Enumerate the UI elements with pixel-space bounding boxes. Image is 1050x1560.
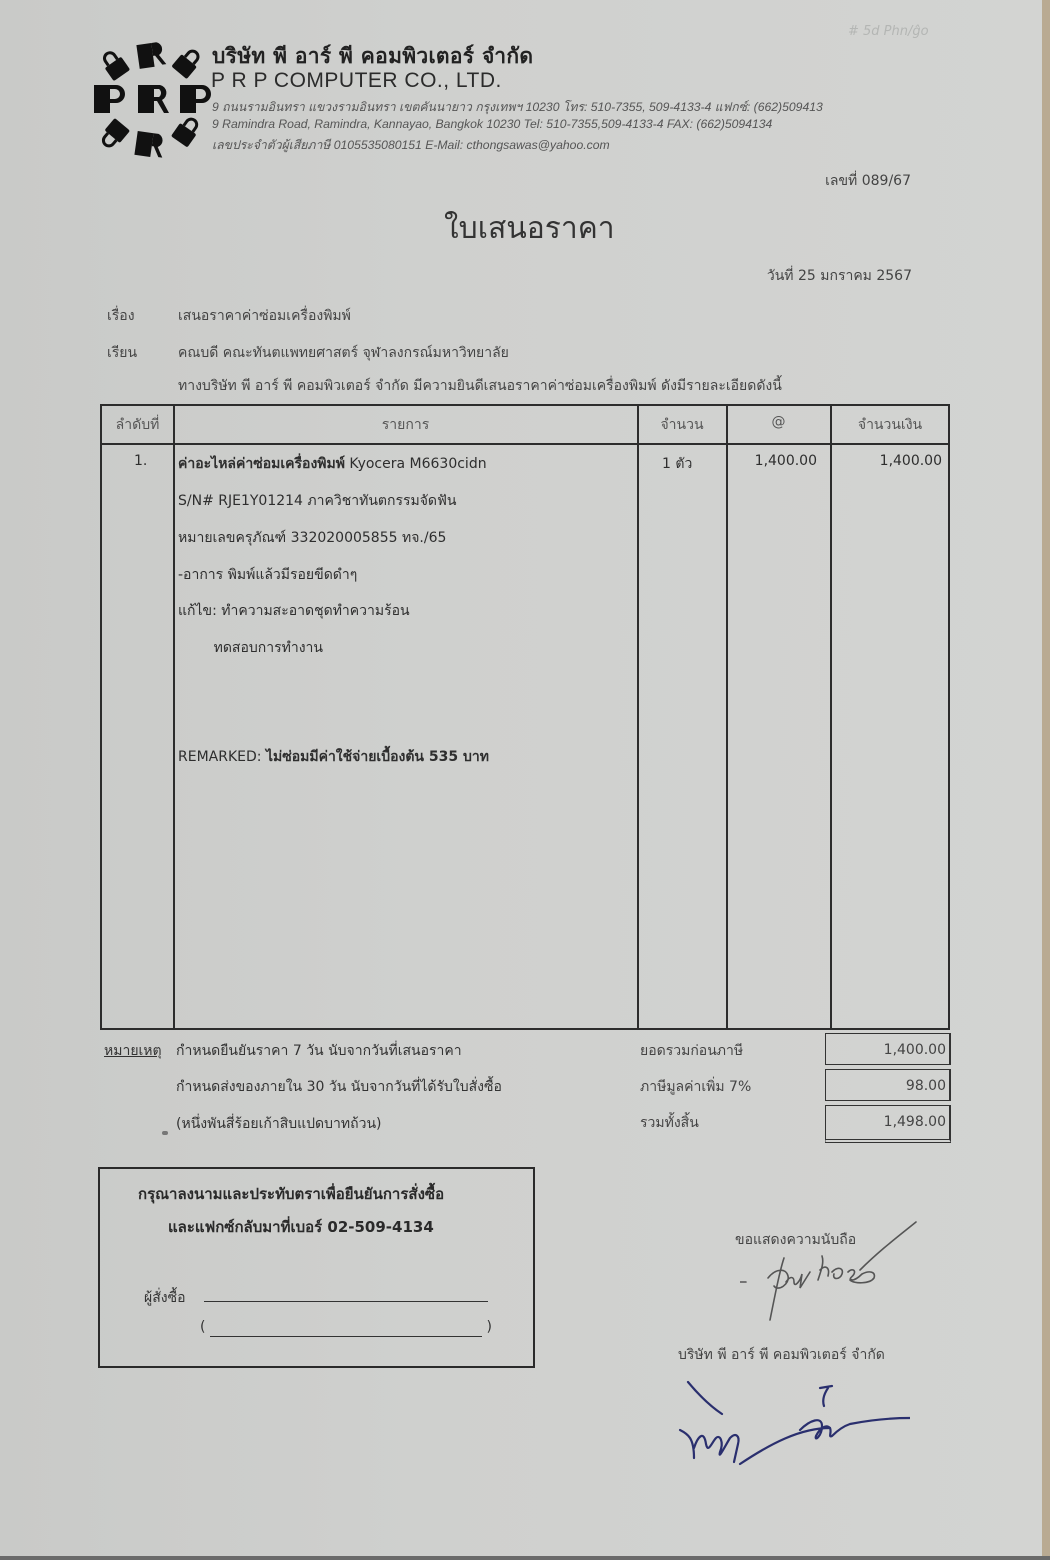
buyer-name-line[interactable]: ( ): [200, 1319, 492, 1337]
order-confirmation-box: กรุณาลงนามและประทับตราเพื่อยืนยันการสั่ง…: [98, 1167, 535, 1368]
row-number: 1.: [134, 453, 147, 469]
signature-company-name: บริษัท พี อาร์ พี คอมพิวเตอร์ จำกัด: [678, 1344, 885, 1366]
header-amount: จำนวนเงิน: [831, 414, 949, 436]
row-item-model: Kyocera M6630cidn: [345, 456, 487, 472]
pen-mark: [162, 1131, 168, 1135]
note-line: กำหนดส่งของภายใน 30 วัน นับจากวันที่ได้ร…: [176, 1076, 502, 1098]
prp-logo-icon: [92, 40, 216, 158]
amount-in-words: (หนึ่งพันสี่ร้อยเก้าสิบแปดบาทถ้วน): [176, 1113, 381, 1135]
total-label: รวมทั้งสิ้น: [640, 1112, 699, 1134]
row-remark: REMARKED: ไม่ซ่อมมีค่าใช้จ่ายเบื้องต้น 5…: [178, 746, 489, 768]
header-item: รายการ: [174, 414, 637, 436]
document-title: ใบเสนอราคา: [444, 205, 615, 252]
row-qty: 1 ตัว: [662, 453, 692, 475]
company-tax-email: เลขประจำตัวผู้เสียภาษี 0105535080151 E-M…: [212, 136, 610, 155]
subtotal-label: ยอดรวมก่อนภาษี: [640, 1040, 743, 1062]
buyer-label: ผู้สั่งซื้อ: [144, 1287, 186, 1309]
header-qty: จำนวน: [638, 414, 726, 436]
note-line: กำหนดยืนยันราคา 7 วัน นับจากวันที่เสนอรา…: [176, 1040, 462, 1062]
header-no: ลำดับที่: [102, 414, 173, 436]
vat-value: 98.00: [825, 1069, 951, 1101]
company-signature-icon: [740, 1220, 940, 1330]
faint-handwriting: # 5d Phn/ĝo: [848, 24, 929, 39]
row-detail: ทดสอบการทำงาน: [178, 637, 323, 659]
row-item-title: ค่าอะไหล่ค่าซ่อมเครื่องพิมพ์ Kyocera M66…: [178, 453, 487, 475]
buyer-signature-line[interactable]: [204, 1301, 488, 1302]
vat-label: ภาษีมูลค่าเพิ่ม 7%: [640, 1076, 751, 1098]
total-value: 1,498.00: [825, 1105, 951, 1143]
document-date: วันที่ 25 มกราคม 2567: [767, 265, 912, 287]
row-item-bold: ค่าอะไหล่ค่าซ่อมเครื่องพิมพ์: [178, 456, 345, 472]
recipient-label: เรียน: [107, 342, 137, 364]
row-unit-price: 1,400.00: [755, 453, 817, 469]
subtotal-value: 1,400.00: [825, 1033, 951, 1065]
remark-label: REMARKED:: [178, 749, 266, 765]
row-amount: 1,400.00: [880, 453, 942, 469]
bottom-edge: [0, 1556, 1050, 1560]
quotation-table: ลำดับที่ รายการ จำนวน @ จำนวนเงิน 1. ค่า…: [100, 404, 950, 1030]
recipient-value: คณบดี คณะทันตแพทยศาสตร์ จุฬาลงกรณ์มหาวิท…: [178, 342, 509, 364]
header-unit-price: @: [727, 414, 830, 430]
row-detail: แก้ไข: ทำความสะอาดชุดทำความร้อน: [178, 600, 410, 622]
row-detail: หมายเลขครุภัณฑ์ 332020005855 ทจ./65: [178, 527, 446, 549]
confirm-fax-number: และแฟกซ์กลับมาที่เบอร์ 02-509-4134: [168, 1215, 434, 1239]
intro-text: ทางบริษัท พี อาร์ พี คอมพิวเตอร์ จำกัด ม…: [178, 375, 782, 397]
subject-label: เรื่อง: [107, 305, 135, 327]
recipient-signature-icon: [670, 1378, 910, 1478]
confirm-instruction: กรุณาลงนามและประทับตราเพื่อยืนยันการสั่ง…: [138, 1182, 444, 1206]
company-address-thai: 9 ถนนรามอินทรา แขวงรามอินทรา เขตคันนายาว…: [212, 98, 823, 117]
table-surface-edge: [1042, 0, 1050, 1560]
document-number: เลขที่ 089/67: [825, 170, 911, 192]
row-detail: S/N# RJE1Y01214 ภาควิชาทันตกรรมจัดฟัน: [178, 490, 457, 512]
row-detail: -อาการ พิมพ์แล้วมีรอยขีดดำๆ: [178, 564, 357, 586]
notes-label: หมายเหตุ: [104, 1040, 162, 1062]
company-name-english: P R P COMPUTER CO., LTD.: [211, 69, 502, 93]
remark-text: ไม่ซ่อมมีค่าใช้จ่ายเบื้องต้น 535 บาท: [266, 749, 489, 765]
company-address-english: 9 Ramindra Road, Ramindra, Kannayao, Ban…: [212, 117, 772, 131]
subject-value: เสนอราคาค่าซ่อมเครื่องพิมพ์: [178, 305, 351, 327]
